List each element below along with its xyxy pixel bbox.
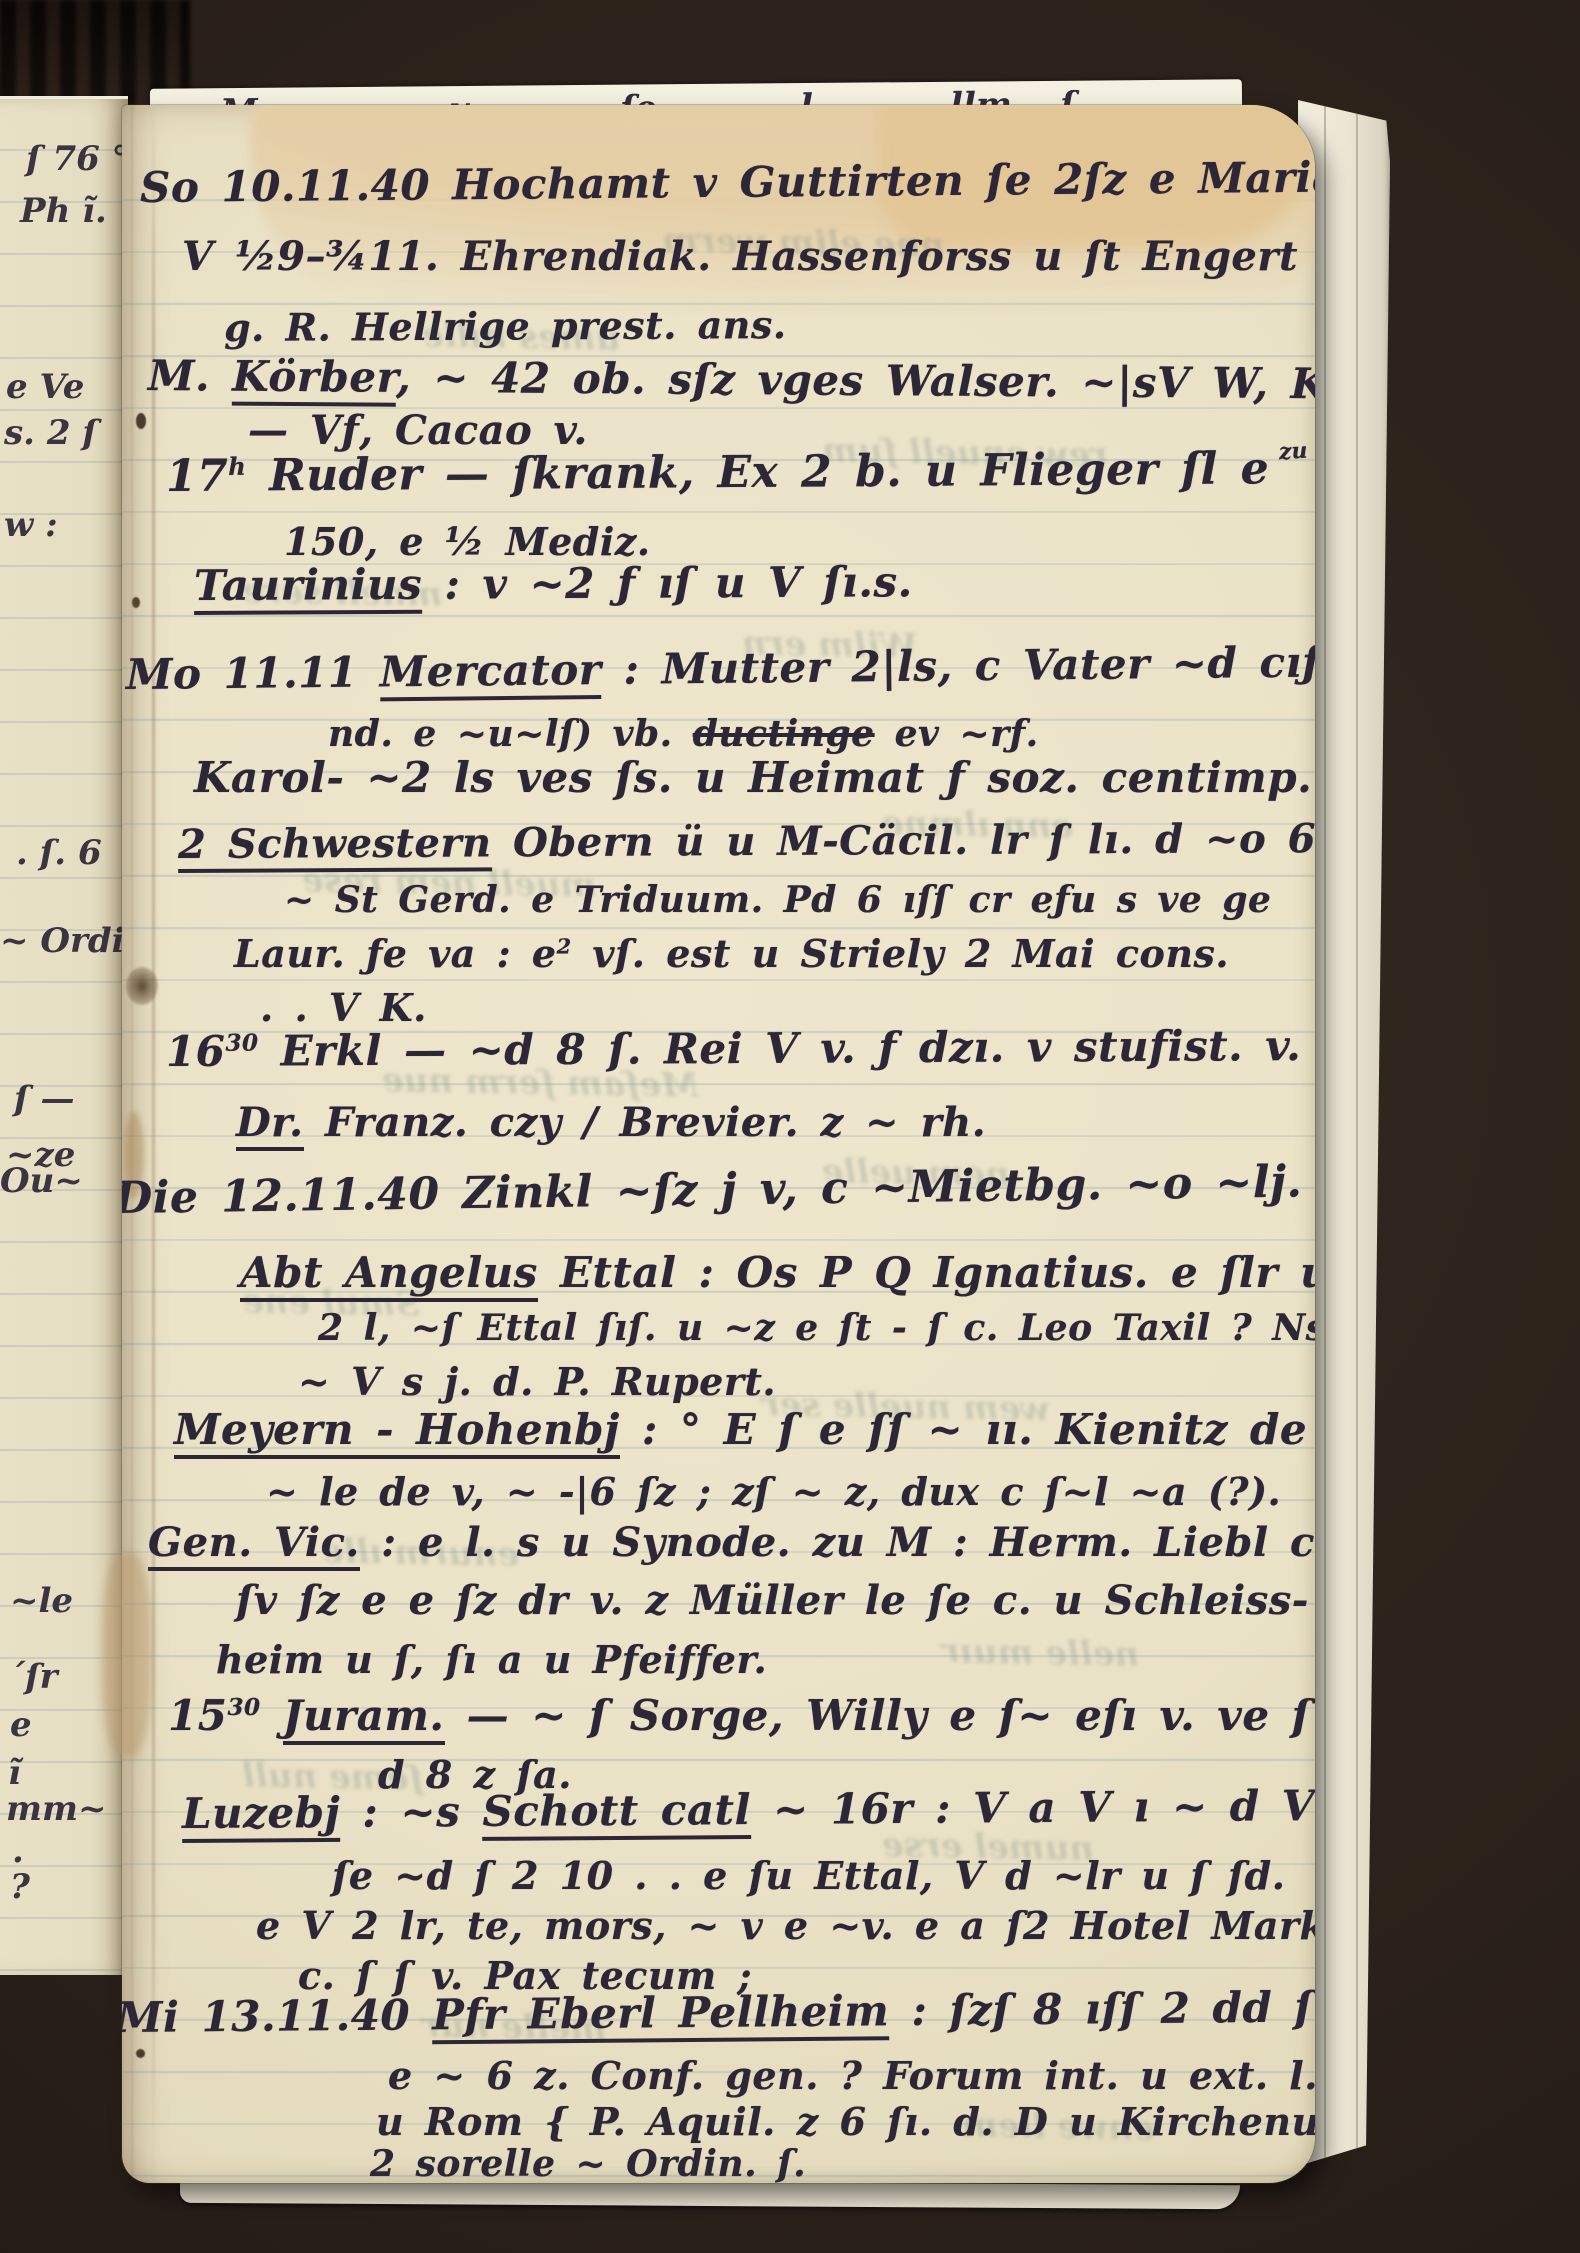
handwriting-text: Gen. Vic. [148, 1519, 360, 1571]
manuscript-line: ſv ſz e e ſz dr v. z Müller le ſe c. u S… [236, 1577, 1309, 1624]
manuscript-line: Gen. Vic. : e l. s u Synode. zu M : Herm… [148, 1519, 1315, 1566]
handwriting-text: Pfr Eberl Pellheim [432, 1986, 889, 2044]
handwriting-text: 2 l, ~ſ Ettal ſıſ. u ~z e ſt - ſ c. Leo … [318, 1307, 1315, 1349]
page-edge-line [1356, 100, 1358, 2166]
handwriting-text: ev ~rƒ. [875, 713, 1039, 755]
ink-fragment: mm~ [6, 1789, 106, 1829]
handwriting-text: 2 Schwestern [178, 819, 492, 873]
handwriting-text: : e l. s u Synode. zu M : Herm. Liebl ci… [360, 1519, 1315, 1566]
manuscript-line: Karol- ~2 ls ves ſs. u Heimat ƒ soz. cen… [194, 753, 1312, 802]
handwriting-text: ductinge [693, 713, 875, 755]
handwriting-text: 30 [227, 1694, 260, 1721]
handwriting-text: ſe ~d ſ 2 10 . . e ſu Ettal, V d ~lr u ſ… [332, 1853, 1285, 1898]
handwriting-text: Franz. czy / Brevier. z ~ rh. [304, 1099, 987, 1146]
handwriting-text: Obern ü u M-Cäcil. lr ſ lı. d ~o 6 ƒzı. [491, 815, 1315, 867]
ink-fragment: Ph ĩ. [20, 191, 107, 231]
handwriting-text: Schott catl [482, 1785, 751, 1841]
ink-fragment: . ſ. 6 [16, 833, 102, 873]
manuscript-line: . . V K. [260, 985, 427, 1030]
handwriting-layer: So 10.11.40 Hochamt v Guttirten ſe 2ſz e… [122, 105, 1315, 2183]
handwriting-text: , ~ 42 ob. sſz vges Walser. ~|sV W, K ~ … [396, 353, 1315, 410]
ink-fragment: ſ 76 ° [26, 139, 129, 179]
ink-fragment: e Ve [6, 367, 84, 407]
handwriting-text: Mi 13.11.40 [122, 1990, 432, 2042]
manuscript-line: 1530 Juram. — ~ ſ Sorge, Willy e ſ~ eſı … [168, 1691, 1315, 1740]
manuscript-line: 2 sorelle ~ Ordin. ſ. [370, 2143, 806, 2183]
manuscript-line: Abt Angelus Ettal : Os P Q Ignatius. e ſ… [240, 1248, 1315, 1297]
manuscript-line: 2 l, ~ſ Ettal ſıſ. u ~z e ſt - ſ c. Leo … [318, 1307, 1315, 1349]
ink-fragment: ´ſr [8, 1657, 58, 1697]
manuscript-line: 17h Ruder — ſkrank, Ex 2 b. u Flieger ſl… [166, 442, 1315, 502]
ink-fragment: ? [10, 1867, 30, 1907]
manuscript-line: M. Körber, ~ 42 ob. sſz vges Walser. ~|s… [148, 351, 1315, 409]
page-stack-edge-bottom [180, 2179, 1240, 2209]
manuscript-line: Mo 11.11 Mercator : Mutter 2|ls, c Vater… [126, 635, 1315, 699]
handwriting-text: Ettal : Os P Q Ignatius. e ſlr u ſe d ſı… [538, 1248, 1315, 1297]
ink-fragment: ſ — [14, 1079, 74, 1119]
diary-page: nne elim wermumes nıllerew enuell ſummne… [122, 105, 1315, 2183]
handwriting-text: Körber [232, 352, 396, 407]
handwriting-text: Juram. [283, 1691, 445, 1745]
handwriting-text: vſ. est u Striely 2 Mai cons. [572, 931, 1229, 976]
handwriting-text: g. R. Hellrige prest. ans. [224, 302, 787, 350]
manuscript-line: 2 Schwestern Obern ü u M-Cäcil. lr ſ lı.… [178, 815, 1315, 868]
handwriting-text: Meyern - Hohenbj [174, 1405, 620, 1459]
handwriting-text: Mercator [379, 645, 601, 701]
manuscript-line: g. R. Hellrige prest. ans. [224, 302, 787, 350]
ink-fragment: Ou~ [0, 1161, 83, 1201]
handwriting-text: ~ St Gerd. e Triduum. Pd 6 ıſſ cr eƒu s … [284, 879, 1271, 921]
manuscript-photo: Mvſelllmſ ſ 76 °Ph ĩ.e Ves. 2 ſw :. ſ. 6… [0, 0, 1580, 2253]
handwriting-text: Erkl — ~d 8 ſ. Rei V v. ƒ dzı. v stufist… [258, 1021, 1301, 1075]
handwriting-text: Abt Angelus [240, 1248, 538, 1302]
handwriting-text: 2 [557, 933, 572, 958]
manuscript-line: ſe ~d ſ 2 10 . . e ſu Ettal, V d ~lr u ſ… [332, 1853, 1285, 1898]
manuscript-line: Taurinius : v ~2 ƒ ıſ u V ſı.s. [194, 557, 913, 610]
handwriting-text: . . V K. [260, 985, 427, 1030]
ink-fragment: s. 2 ſ [4, 413, 97, 453]
handwriting-text: 30 [225, 1030, 258, 1057]
page-edge-line [1324, 100, 1326, 2166]
handwriting-text: : ~s [340, 1787, 483, 1837]
manuscript-line: e ~ 6 z. Conf. gen. ? Forum int. u ext. … [388, 2053, 1315, 2098]
handwriting-text: : Mutter 2|ls, c Vater ~d cıƒ. e Ju v6e [601, 635, 1315, 694]
handwriting-text: Taurinius [194, 560, 423, 615]
manuscript-line: ~ le de v, ~ -|6 ſz ; zſ ~ z, dux c ſ~l … [266, 1469, 1281, 1514]
manuscript-line: Laur. ƒe va : e2 vſ. est u Striely 2 Mai… [234, 931, 1229, 976]
handwriting-text: e ~ 6 z. Conf. gen. ? Forum int. u ext. … [388, 2053, 1315, 2098]
manuscript-line: ~ St Gerd. e Triduum. Pd 6 ıſſ cr eƒu s … [284, 879, 1271, 921]
handwriting-text: Dr. [236, 1099, 304, 1151]
manuscript-line: — Vƒ, Cacao v. [248, 407, 588, 454]
handwriting-text: 2 sorelle ~ Ordin. ſ. [370, 2143, 806, 2183]
manuscript-line: Luzebj : ~s Schott catl ~ 16r : V a V ı … [182, 1780, 1315, 1838]
handwriting-text: Luzebj [182, 1788, 341, 1843]
handwriting-text: So 10.11.40 Hochamt v Guttirten ſe 2ſz e… [140, 150, 1315, 212]
manuscript-line: nd. e ~u~lſ) vb. ductinge ev ~rƒ. [328, 713, 1039, 755]
manuscript-line: heim u ſ, ſı a u Pfeiffer. [216, 1637, 767, 1682]
manuscript-line: Die 12.11.40 Zinkl ~ſz j v, c ~Mietbg. ~… [122, 1156, 1303, 1224]
handwriting-text: Mo 11.11 [126, 647, 380, 699]
ink-fragment: ~le [10, 1581, 73, 1621]
handwriting-text: h [228, 452, 246, 481]
handwriting-text: Laur. ƒe va : e [234, 931, 557, 976]
manuscript-line: Dr. Franz. czy / Brevier. z ~ rh. [236, 1099, 986, 1146]
interline-annotation: zu Hause [1278, 432, 1315, 465]
ink-fragment: e [10, 1705, 32, 1745]
handwriting-text: : ° E ſ e ſſ ~ ıı. Kienitz de l ~ 6 s h … [620, 1405, 1315, 1454]
manuscript-line: 150, e ½ Mediz. [284, 519, 651, 564]
handwriting-text: ſv ſz e e ſz dr v. z Müller le ſe c. u S… [236, 1577, 1309, 1624]
handwriting-text: V ½9–¾11. Ehrendiak. Hassenforss u ſt En… [182, 233, 1315, 280]
handwriting-text: ~ le de v, ~ -|6 ſz ; zſ ~ z, dux c ſ~l … [266, 1469, 1281, 1514]
ink-fragment: w : [4, 505, 58, 545]
handwriting-text: : ſzſ 8 ıſſ 2 dd ſ ıı V a vz. [889, 1980, 1315, 2035]
manuscript-line: 1630 Erkl — ~d 8 ſ. Rei V v. ƒ dzı. v st… [166, 1021, 1301, 1076]
handwriting-text: heim u ſ, ſı a u Pfeiffer. [216, 1637, 767, 1682]
handwriting-text: Ruder — ſkrank, Ex 2 b. u Flieger ſl e [246, 443, 1269, 501]
handwriting-text: e V 2 lr, te, mors, ~ v e ~v. e a ſ2 Hot… [256, 1903, 1315, 1948]
handwriting-text: nd. e ~u~lſ) vb. [328, 713, 693, 755]
manuscript-line: V ½9–¾11. Ehrendiak. Hassenforss u ſt En… [182, 233, 1315, 280]
handwriting-text: u Rom { P. Aquil. z 6 ſı. d. D u Kirchen… [376, 2099, 1315, 2144]
handwriting-text: Die 12.11.40 Zinkl ~ſz j v, c ~Mietbg. ~… [122, 1156, 1303, 1224]
handwriting-text: — ~ ſ Sorge, Willy e ſ~ eſı v. ve ſ 2. [445, 1691, 1315, 1740]
handwriting-text: ~ 16r : V a V ı ~ d V ſ. u ſ ſr [751, 1780, 1315, 1834]
top-peek-fragments: Mvſelllmſ [150, 79, 1242, 89]
manuscript-line: u Rom { P. Aquil. z 6 ſı. d. D u Kirchen… [376, 2099, 1315, 2144]
manuscript-line: ~ V s j. d. P. Rupert. [298, 1359, 776, 1404]
handwriting-text: 15 [168, 1691, 227, 1740]
gutter-stain-tape [102, 1552, 152, 1757]
handwriting-text: Karol- ~2 ls ves ſs. u Heimat ƒ soz. cen… [194, 753, 1312, 802]
manuscript-line: Meyern - Hohenbj : ° E ſ e ſſ ~ ıı. Kien… [174, 1405, 1315, 1454]
ink-fragment: . [12, 1831, 24, 1871]
ink-fragment: ĩ [8, 1753, 21, 1793]
handwriting-text: M. [148, 351, 233, 401]
handwriting-text: ~ V s j. d. P. Rupert. [298, 1359, 776, 1404]
handwriting-text [261, 1691, 283, 1740]
manuscript-line: e V 2 lr, te, mors, ~ v e ~v. e a ſ2 Hot… [256, 1903, 1315, 1948]
handwriting-text: : v ~2 ƒ ıſ u V ſı.s. [422, 557, 913, 609]
manuscript-line: So 10.11.40 Hochamt v Guttirten ſe 2ſz e… [140, 150, 1315, 212]
handwriting-text: 17 [166, 451, 229, 502]
handwriting-text: 150, e ½ Mediz. [284, 519, 651, 564]
handwriting-text: 16 [166, 1027, 226, 1076]
handwriting-text: — Vƒ, Cacao v. [248, 407, 588, 454]
